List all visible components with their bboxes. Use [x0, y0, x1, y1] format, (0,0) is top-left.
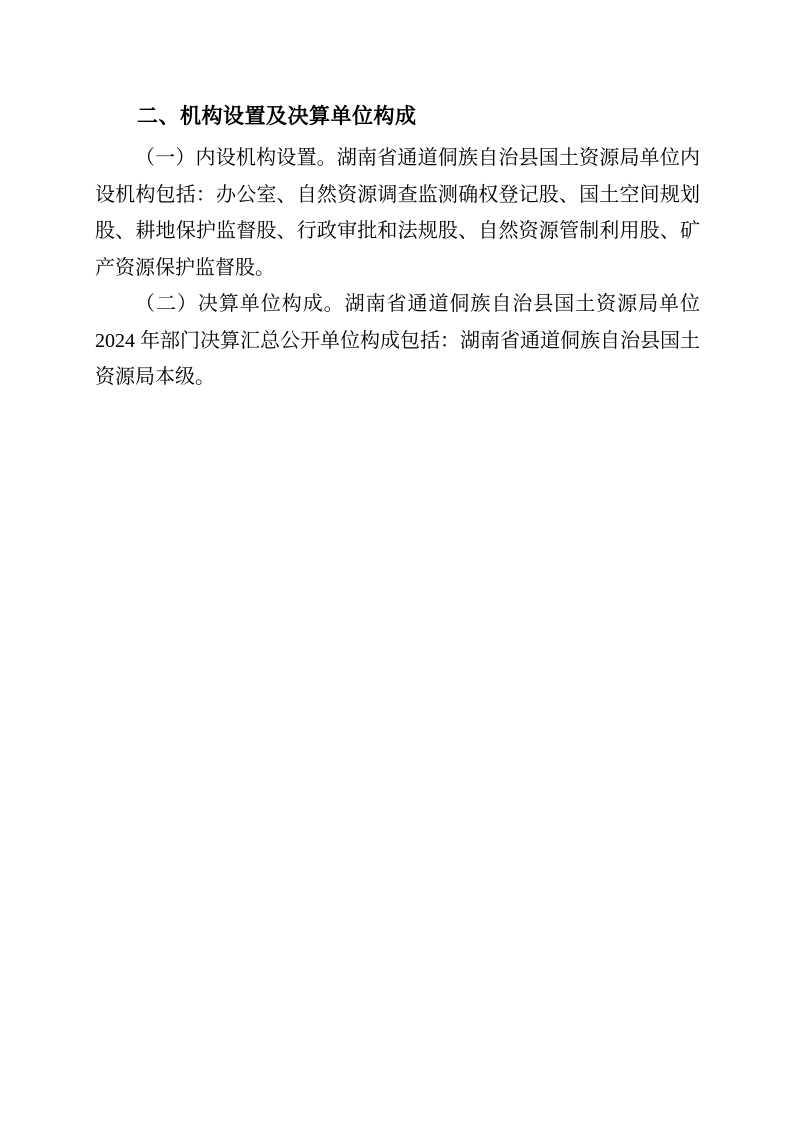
section-heading: 二、机构设置及决算单位构成 — [95, 97, 700, 137]
document-page: 二、机构设置及决算单位构成 （一）内设机构设置。湖南省通道侗族自治县国土资源局单… — [0, 0, 793, 1122]
paragraph-internal-structure: （一）内设机构设置。湖南省通道侗族自治县国土资源局单位内设机构包括：办公室、自然… — [95, 140, 700, 286]
document-content: 二、机构设置及决算单位构成 （一）内设机构设置。湖南省通道侗族自治县国土资源局单… — [95, 97, 700, 396]
paragraph-final-accounts-units: （二）决算单位构成。湖南省通道侗族自治县国土资源局单位 2024 年部门决算汇总… — [95, 286, 700, 396]
